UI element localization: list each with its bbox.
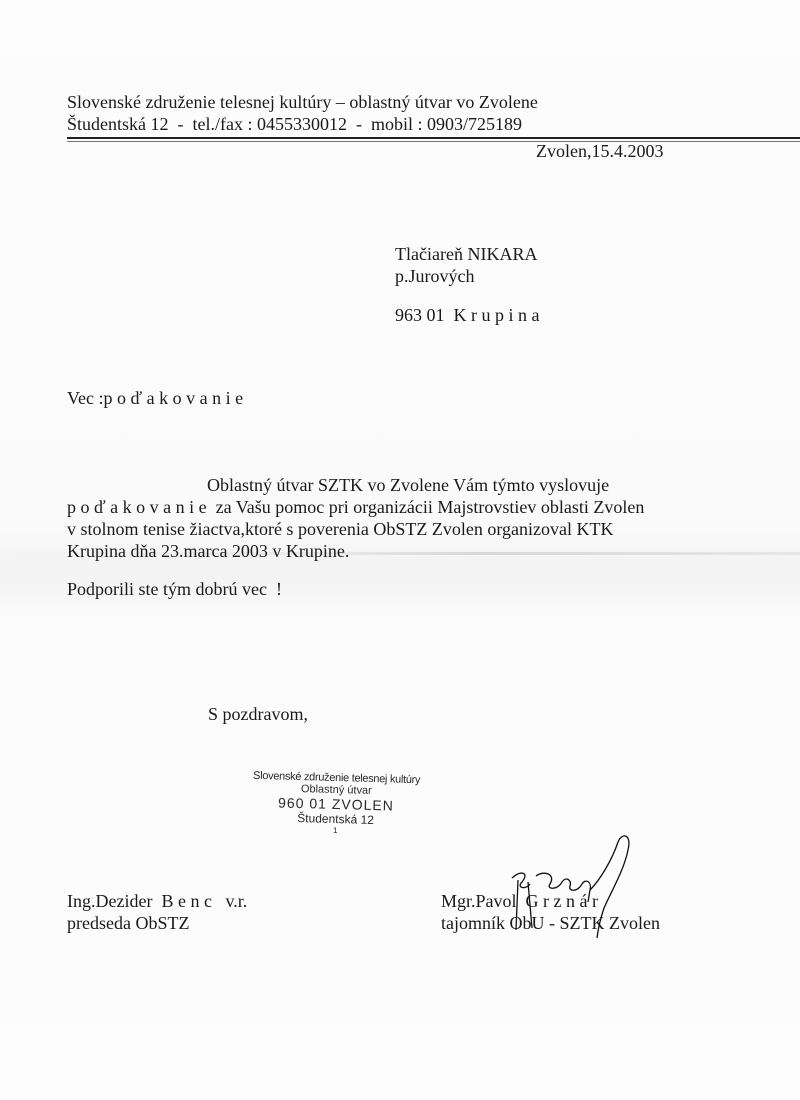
subject-line: Vec :p o ď a k o v a n i e [67, 387, 243, 409]
letter-date: Zvolen,15.4.2003 [536, 140, 664, 162]
recipient-city: K r u p i n a [454, 305, 540, 325]
letter-page: Slovenské združenie telesnej kultúry – o… [0, 0, 800, 1100]
organization-stamp: Slovenské združenie telesnej kultúry Obl… [249, 770, 423, 837]
recipient-name: Tlačiareň NIKARA [395, 243, 537, 265]
body-line-2: p o ď a k o v a n i e za Vašu pomoc pri … [67, 496, 644, 518]
body-closing-sentence: Podporili ste tým dobrú vec ! [67, 578, 282, 600]
greeting: S pozdravom, [208, 703, 308, 725]
body-thanks-spaced: p o ď a k o v a n i e [67, 497, 207, 517]
letterhead-organization: Slovenské združenie telesnej kultúry – o… [67, 91, 538, 113]
subject-value: p o ď a k o v a n i e [103, 388, 243, 408]
recipient-street: p.Jurových [395, 265, 475, 287]
letterhead-rule [67, 137, 800, 139]
body-line-3: v stolnom tenise žiactva,ktoré s poveren… [67, 518, 614, 540]
letterhead-contact: Študentská 12 - tel./fax : 0455330012 - … [67, 113, 522, 135]
signatory-left-name: Ing.Dezider B e n c v.r. [67, 890, 247, 912]
subject-label: Vec : [67, 388, 103, 408]
recipient-postal-code: 963 01 [395, 305, 445, 325]
letterhead-rule-thin [67, 141, 800, 142]
recipient-city-line: 963 01 K r u p i n a [395, 304, 539, 326]
paper-fold-shadow [0, 552, 800, 555]
handwritten-signature [500, 830, 640, 940]
body-line-4: Krupina dňa 23.marca 2003 v Krupine. [67, 540, 349, 562]
signatory-left-title: predseda ObSTZ [67, 912, 189, 934]
body-line-1: Oblastný útvar SZTK vo Zvolene Vám týmto… [207, 474, 609, 496]
